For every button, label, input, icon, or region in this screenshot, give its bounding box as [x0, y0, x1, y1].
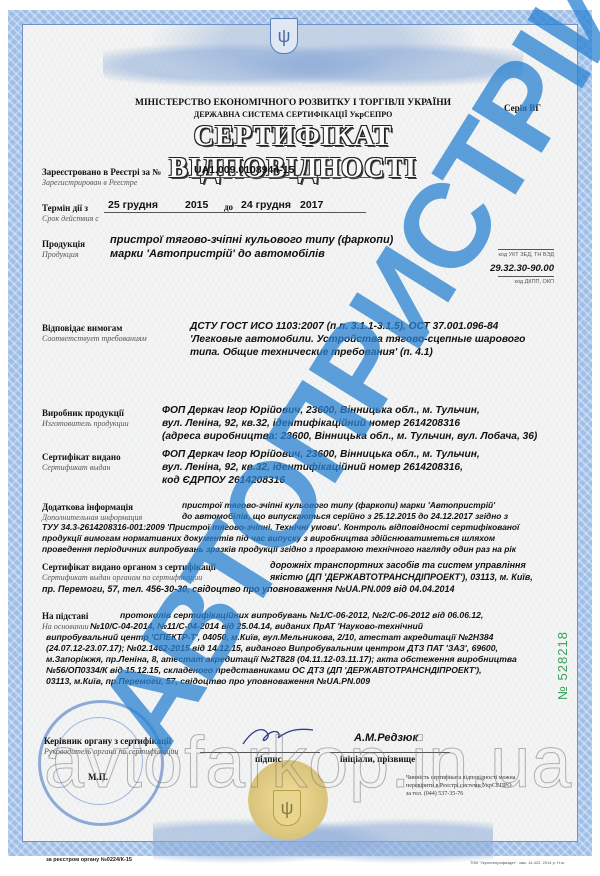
- additional-info-label: Додаткова інформація: [42, 502, 133, 512]
- additional-line-5: проведення періодичних випробувань зразк…: [42, 544, 516, 555]
- top-ornament: [103, 25, 523, 105]
- additional-line-4: продукції вимогам нормативних документів…: [42, 533, 495, 544]
- basis-line-7: 03113, м.Київ, пр.Перемоги, 57, свідоцтв…: [46, 676, 370, 687]
- basis-line-3: випробувальний центр 'СПЕКТР-Т', 04050, …: [46, 632, 493, 643]
- product-code: 29.32.30-90.00: [486, 262, 554, 276]
- printer-note: ТОВ "Укрполиграфиздат", зам. 14-422, 201…: [470, 860, 565, 865]
- valid-to-label: до: [224, 202, 233, 212]
- issued-to-label: Сертифікат видано: [42, 452, 121, 462]
- valid-to-year: 2017: [300, 199, 323, 211]
- registry-note: за реєстром органу №0224/К-15: [46, 857, 132, 863]
- validity-label: Термін дії з: [42, 203, 88, 213]
- additional-line-1: пристрої тягово-зчіпні кульового типу (ф…: [182, 500, 495, 511]
- validity-label-ru: Срок действия с: [42, 214, 99, 223]
- issued-to-line-3: код ЄДРПОУ 2614208316: [162, 474, 285, 488]
- issuing-body-line-1: дорожніх транспортних засобів та систем …: [270, 560, 526, 571]
- issued-to-label-ru: Сертификат выдан: [42, 463, 111, 472]
- certification-system: ДЕРЖАВНА СИСТЕМА СЕРТИФІКАЦІЇ УкрСЕПРО: [118, 110, 468, 119]
- registry-number: UA1.009.0108944-15: [194, 164, 294, 176]
- basis-line-4: (24.07.12-23.07.17); №02.1462-2015 від 1…: [46, 643, 498, 654]
- code-label-bottom: код ДКПП, ОКП: [492, 279, 554, 285]
- additional-info-label-ru: Дополнительная информация: [42, 513, 142, 522]
- requirements-label: Відповідає вимогам: [42, 323, 122, 333]
- valid-from-year: 2015: [185, 199, 208, 211]
- product-label-ru: Продукция: [42, 250, 79, 259]
- additional-line-3: ТУУ 34.3-2614208316-001:2009 'Пристрої т…: [42, 522, 519, 533]
- code-label-top: код УКТ ЗЕД, ТН ВЭД: [492, 252, 554, 258]
- ministry-title: МІНІСТЕРСТВО ЕКОНОМІЧНОГО РОЗВИТКУ І ТОР…: [118, 98, 468, 108]
- issuing-body-line-2: якістю (ДП 'ДЕРЖАВТОТРАНСНДІПРОЕКТ'), 03…: [270, 572, 533, 583]
- manufacturer-line-2: вул. Леніна, 92, кв.32, ідентифікаційний…: [162, 417, 460, 431]
- issuing-body-label-ru: Сертификат выдан органом по сертификации: [42, 573, 202, 582]
- basis-label: На підставі: [42, 611, 88, 621]
- issuing-body-line-3: пр. Перемоги, 57, тел. 456-30-30, свідоц…: [42, 584, 454, 595]
- registry-label: Зареєстровано в Реєстрі за №: [42, 167, 161, 177]
- manufacturer-line-1: ФОП Деркач Ігор Юрійович, 23600, Вінниць…: [162, 404, 480, 418]
- issuing-body-label: Сертифікат видано органом з сертифікації: [42, 562, 216, 572]
- issued-to-line-1: ФОП Деркач Ігор Юрійович, 23600, Вінниць…: [162, 448, 480, 462]
- valid-to-day: 24 грудня: [241, 199, 291, 211]
- issued-to-line-2: вул. Леніна, 92, кв.32, ідентифікаційний…: [162, 461, 463, 475]
- requirements-label-ru: Соответствует требованиям: [42, 334, 147, 343]
- basis-label-ru: На основании: [42, 622, 89, 631]
- requirements-line-2: 'Легковые автомобили. Устройства тягово-…: [190, 333, 525, 347]
- trident-emblem-icon: ψ: [270, 18, 298, 54]
- basis-line-6: №56/ОП0334/К від 15.12.15, складеного пр…: [46, 665, 482, 676]
- series-label: Серія ВГ: [504, 103, 541, 113]
- basis-line-2: №10/С-04-2014, №11/С-04-2014 від 25.04.1…: [90, 621, 423, 632]
- basis-line-5: м.Запоріжжя, пр.Леніна, 8, атестат акред…: [46, 654, 517, 665]
- requirements-line-3: типа. Общие технические требования' (п. …: [190, 346, 433, 360]
- manufacturer-line-3: (адреса виробництва: 23600, Вінницька об…: [162, 430, 537, 444]
- requirements-line-1: ДСТУ ГОСТ ИСО 1103:2007 (п.п. 3.1.1-3.1.…: [190, 320, 498, 334]
- additional-line-2: до автомобілів, що випускаються серійно …: [182, 511, 508, 522]
- manufacturer-label: Виробник продукції: [42, 408, 124, 418]
- product-label: Продукція: [42, 239, 85, 249]
- product-line-1: пристрої тягово-зчіпні кульового типу (ф…: [110, 234, 393, 248]
- basis-line-1: протоколів сертифікаційних випробувань №…: [120, 610, 483, 621]
- registry-label-ru: Зарегистрирован в Реестре: [42, 178, 137, 187]
- site-watermark: avtofarkop.in.ua: [44, 722, 572, 804]
- manufacturer-label-ru: Изготовитель продукции: [42, 419, 129, 428]
- serial-number: № 528218: [555, 631, 570, 700]
- valid-from-day: 25 грудня: [108, 199, 158, 211]
- product-line-2: марки 'Автопристрій' до автомобілів: [110, 248, 325, 262]
